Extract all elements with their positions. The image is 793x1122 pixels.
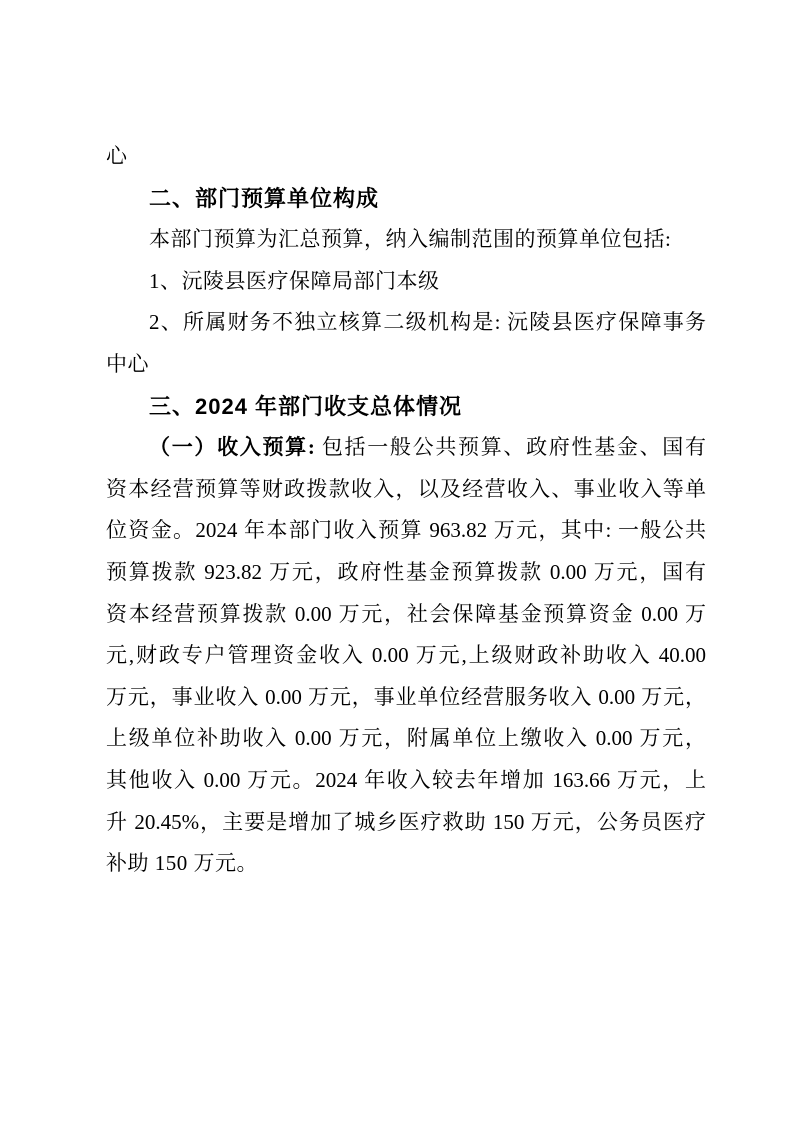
income-paragraph-line-11: 补助 150 万元。: [106, 843, 706, 885]
income-paragraph-line-2: 资本经营预算等财政拨款收入，以及经营收入、事业收入等单: [106, 469, 706, 511]
income-paragraph-line-10: 升 20.45%，主要是增加了城乡医疗救助 150 万元，公务员医疗: [106, 802, 706, 844]
income-paragraph-line-5: 资本经营预算拨款 0.00 万元，社会保障基金预算资金 0.00 万: [106, 594, 706, 636]
section2-intro: 本部门预算为汇总预算，纳入编制范围的预算单位包括:: [106, 219, 706, 261]
income-paragraph-line-3: 位资金。2024 年本部门收入预算 963.82 万元，其中: 一般公共: [106, 510, 706, 552]
income-paragraph-line-1-rest: 包括一般公共预算、政府性基金、国有: [322, 435, 706, 459]
income-paragraph-line-6: 元,财政专户管理资金收入 0.00 万元,上级财政补助收入 40.00: [106, 635, 706, 677]
income-paragraph-line-4: 预算拨款 923.82 万元，政府性基金预算拨款 0.00 万元，国有: [106, 552, 706, 594]
unit-list-item-2-line1: 2、所属财务不独立核算二级机构是: 沅陵县医疗保障事务: [106, 302, 706, 344]
document-page: 心 二、部门预算单位构成 本部门预算为汇总预算，纳入编制范围的预算单位包括: 1…: [0, 0, 793, 1122]
document-content: 心 二、部门预算单位构成 本部门预算为汇总预算，纳入编制范围的预算单位包括: 1…: [106, 136, 706, 885]
carryover-line: 心: [106, 136, 706, 178]
unit-list-item-1: 1、沅陵县医疗保障局部门本级: [106, 261, 706, 303]
unit-list-item-2-line2: 中心: [106, 344, 706, 386]
income-paragraph-line-9: 其他收入 0.00 万元。2024 年收入较去年增加 163.66 万元，上: [106, 760, 706, 802]
section3-heading: 三、2024 年部门收支总体情况: [106, 386, 706, 428]
income-paragraph-line-8: 上级单位补助收入 0.00 万元，附属单位上缴收入 0.00 万元，: [106, 718, 706, 760]
income-paragraph-label: （一）收入预算:: [149, 435, 322, 459]
income-paragraph-line-7: 万元，事业收入 0.00 万元，事业单位经营服务收入 0.00 万元，: [106, 677, 706, 719]
income-paragraph-line-1: （一）收入预算: 包括一般公共预算、政府性基金、国有: [106, 427, 706, 469]
section2-heading: 二、部门预算单位构成: [106, 178, 706, 220]
